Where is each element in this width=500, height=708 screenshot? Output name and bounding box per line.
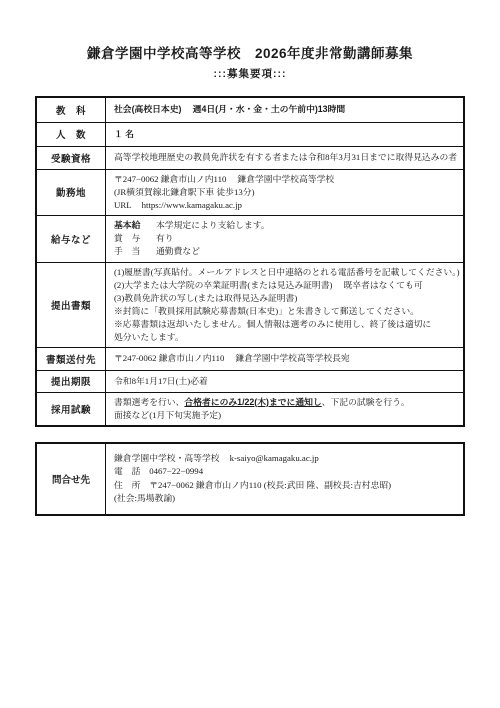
row-headcount: 人 数 １ 名 [36,122,464,146]
documents-note-1: ※封筒に「教員採用試験応募書類(日本史)」と朱書きして郵送してください。 [114,305,459,318]
row-label-qualification: 受験資格 [36,146,106,169]
documents-item-2: (2)大学または大学院の卒業証明書(または見込み証明書) 既卒者はなくても可 [114,279,459,292]
qualification-value: 高等学校地理歴史の教員免許状を有する者または令和8年3月31日までに取得見込みの… [106,146,465,169]
row-subject: 教 科 社会(高校日本史) 週4日(月・水・金・土の午前中)13時間 [36,97,464,122]
contact-address-line: 住 所 〒247−0062 鎌倉市山ノ内110 (校長:武田 隆、副校長:吉村忠… [114,479,459,493]
row-label-exam: 採用試験 [36,392,106,426]
row-contact: 問合せ先 鎌倉学園中学校・高等学校k-saiyo@kamagaku.ac.jp … [36,443,464,515]
salary-allowance-label: 手 当 [114,245,156,258]
row-send-to: 書類送付先 〒247-0062 鎌倉市山ノ内110 鎌倉学園中学校高等学校長宛 [36,347,464,370]
contact-subject-line: (社会:馬場教諭) [114,492,459,506]
row-label-salary: 給与など [36,215,106,262]
exam-line-1: 書類選考を行い、合格者にのみ1/22(木)までに通知し、下記の試験を行う。 [114,396,459,409]
document-page: 鎌倉学園中学校高等学校 2026年度非常勤講師募集 :::募集要項::: 教 科… [0,0,500,708]
exam-line1-highlight: 合格者にのみ1/22(木)までに通知し [184,397,321,407]
row-workplace: 勤務地 〒247−0062 鎌倉市山ノ内110 鎌倉学園中学校高等学校 (JR横… [36,169,464,215]
documents-item-1: (1)履歴書(写真貼付。メールアドレスと日中連絡のとれる電話番号を記載してくださ… [114,266,459,279]
row-label-headcount: 人 数 [36,122,106,146]
exam-line-2: 面接など(1月下旬実施予定) [114,409,459,422]
send-to-value: 〒247-0062 鎌倉市山ノ内110 鎌倉学園中学校高等学校長宛 [106,347,465,370]
documents-item-3: (3)教員免許状の写し(または取得見込み証明書) [114,292,459,305]
row-deadline: 提出期限 令和8年1月17日(土)必着 [36,370,464,392]
salary-bonus-line: 賞 与有り [114,232,459,245]
contact-school-name: 鎌倉学園中学校・高等学校 [114,453,220,463]
row-qualification: 受験資格 高等学校地理歴史の教員免許状を有する者または令和8年3月31日までに取… [36,146,464,169]
headcount-value: １ 名 [114,129,134,139]
salary-base-line: 基本給本学規定により支給します。 [114,219,459,232]
documents-note-2-cont: 処分いたします。 [114,331,459,344]
contact-email-link[interactable]: k-saiyo@kamagaku.ac.jp [230,453,319,463]
workplace-address: 〒247−0062 鎌倉市山ノ内110 鎌倉学園中学校高等学校 [114,173,459,186]
exam-line1-pre: 書類選考を行い、 [114,397,184,407]
row-label-workplace: 勤務地 [36,169,106,215]
url-label: URL [114,200,132,210]
salary-allowance-value: 通勤費など [156,246,200,256]
salary-base-label: 基本給 [114,219,156,232]
documents-note-2: ※応募書類は返却いたしません。個人情報は選考のみに使用し、終了後は適切に [114,318,459,331]
row-label-documents: 提出書類 [36,262,106,347]
row-documents: 提出書類 (1)履歴書(写真貼付。メールアドレスと日中連絡のとれる電話番号を記載… [36,262,464,347]
row-exam: 採用試験 書類選考を行い、合格者にのみ1/22(木)までに通知し、下記の試験を行… [36,392,464,426]
row-salary: 給与など 基本給本学規定により支給します。 賞 与有り 手 当通勤費など [36,215,464,262]
contact-phone-line: 電 話 0467−22−0994 [114,465,459,479]
salary-allowance-line: 手 当通勤費など [114,245,459,258]
page-subtitle: :::募集要項::: [0,66,500,81]
row-label-deadline: 提出期限 [36,370,106,392]
row-label-contact: 問合せ先 [36,443,106,515]
recruitment-table: 教 科 社会(高校日本史) 週4日(月・水・金・土の午前中)13時間 人 数 １… [35,96,465,427]
page-title: 鎌倉学園中学校高等学校 2026年度非常勤講師募集 [0,0,500,62]
row-label-subject: 教 科 [36,97,106,122]
salary-bonus-label: 賞 与 [114,232,156,245]
workplace-access: (JR横須賀線北鎌倉駅下車 徒歩13分) [114,186,459,199]
school-website-link[interactable]: https://www.kamagaku.ac.jp [142,200,242,210]
row-label-send-to: 書類送付先 [36,347,106,370]
workplace-url-line: URLhttps://www.kamagaku.ac.jp [114,199,459,212]
contact-box: 問合せ先 鎌倉学園中学校・高等学校k-saiyo@kamagaku.ac.jp … [35,442,465,516]
salary-bonus-value: 有り [156,233,174,243]
salary-base-value: 本学規定により支給します。 [156,220,270,230]
subject-value: 社会(高校日本史) 週4日(月・水・金・土の午前中)13時間 [114,104,345,114]
contact-school-line: 鎌倉学園中学校・高等学校k-saiyo@kamagaku.ac.jp [114,452,459,466]
exam-line1-post: 、下記の試験を行う。 [322,397,410,407]
deadline-value: 令和8年1月17日(土)必着 [106,370,465,392]
